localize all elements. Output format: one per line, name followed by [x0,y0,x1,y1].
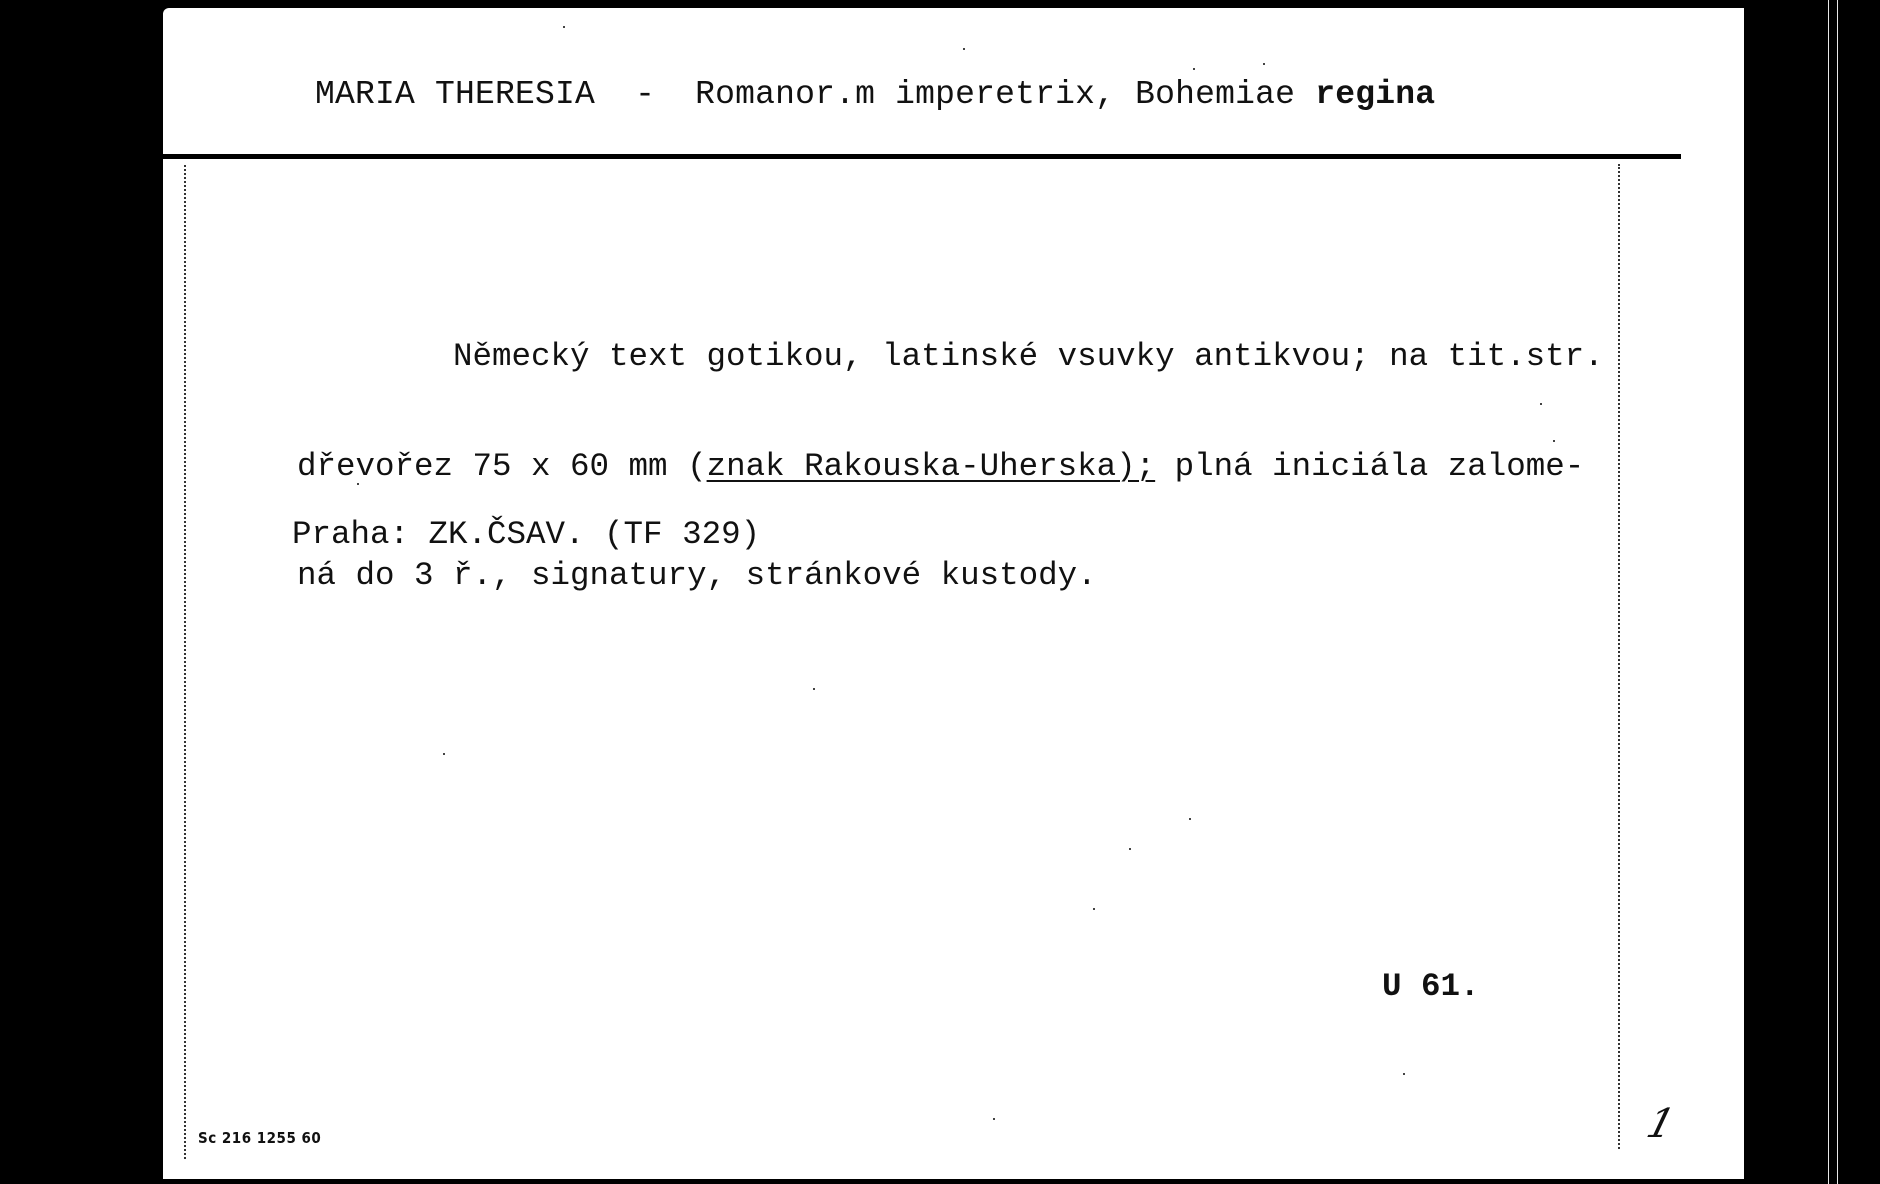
underlined-text: znak Rakouska-Uherska); [707,448,1156,485]
scan-speck [563,26,565,28]
print-code: Sc 216 1255 60 [198,1129,321,1147]
title-regular: Romanor.m imperetrix, Bohemiae [695,76,1295,113]
author-name: MARIA THERESIA [315,76,595,113]
right-margin-guide [1618,164,1620,1149]
scan-speck [1193,68,1195,70]
scan-speck [1093,908,1095,910]
scan-speck [813,688,815,690]
scan-speck [1129,848,1131,850]
handwritten-mark: 1 [1643,1104,1679,1144]
scan-edge-line [1828,0,1829,1184]
scan-speck [1403,1073,1405,1075]
scan-speck [1553,440,1555,442]
holding-location: Praha: ZK.ČSAV. (TF 329) [292,517,760,553]
scan-speck [1263,63,1265,65]
description-text: dřevořez 75 x 60 mm ( [297,448,707,485]
scan-speck [1540,403,1542,405]
shelfmark: U 61. [1382,969,1480,1005]
heading-rule [163,154,1681,159]
scan-speck [963,48,965,50]
scan-speck [443,753,445,755]
scan-speck [993,1118,995,1120]
left-margin-guide [184,165,186,1159]
description-line: ná do 3 ř., signatury, stránkové kustody… [297,558,1604,595]
description-text: plná iniciála zalome- [1155,448,1584,485]
title-bold: regina [1315,76,1435,113]
card-heading: MARIA THERESIA - Romanor.m imperetrix, B… [315,75,1435,115]
description-line: Německý text gotikou, latinské vsuvky an… [297,339,1604,376]
catalog-card: MARIA THERESIA - Romanor.m imperetrix, B… [163,8,1744,1179]
scan-speck [357,483,359,485]
scan-speck [1189,818,1191,820]
scan-edge-line [1837,0,1838,1184]
description-line: dřevořez 75 x 60 mm (znak Rakouska-Uhers… [297,449,1604,486]
description-block: Německý text gotikou, latinské vsuvky an… [297,266,1604,668]
heading-separator: - [635,76,655,113]
